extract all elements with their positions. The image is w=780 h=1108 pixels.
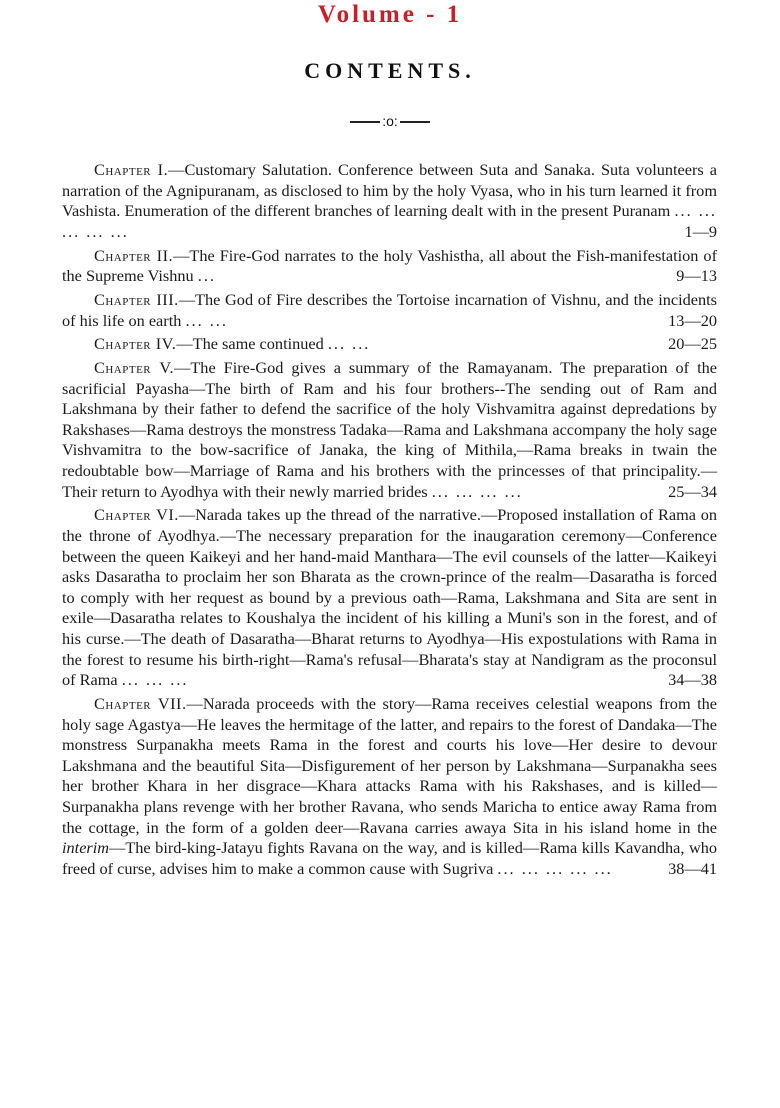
dot-leader: ... bbox=[198, 266, 216, 285]
dot-leader: ... ... ... ... bbox=[432, 482, 523, 501]
toc-entry-chapter-1: Chapter I.—Customary Salutation. Confere… bbox=[62, 160, 717, 242]
toc-entry-chapter-7: Chapter VII.—Narada proceeds with the st… bbox=[62, 694, 717, 879]
page-range: 9—13 bbox=[676, 266, 717, 287]
chapter-description: —Narada takes up the thread of the narra… bbox=[62, 505, 717, 689]
page-range: 38—41 bbox=[668, 859, 717, 880]
chapter-description: —The Fire-God gives a summary of the Ram… bbox=[62, 358, 717, 501]
chapter-label: Chapter II. bbox=[94, 246, 173, 265]
toc-entry-chapter-3: Chapter III.—The God of Fire describes t… bbox=[62, 290, 717, 331]
page-title: CONTENTS. bbox=[0, 58, 780, 84]
toc-entry-chapter-2: Chapter II.—The Fire-God narrates to the… bbox=[62, 246, 717, 287]
table-of-contents: Chapter I.—Customary Salutation. Confere… bbox=[62, 160, 717, 883]
italic-term: interim bbox=[62, 838, 109, 857]
chapter-label: Chapter V. bbox=[94, 358, 174, 377]
dot-leader: ... ... bbox=[185, 311, 228, 330]
toc-entry-chapter-5: Chapter V.—The Fire-God gives a summary … bbox=[62, 358, 717, 502]
chapter-label: Chapter VII. bbox=[94, 694, 187, 713]
toc-entry-chapter-4: Chapter IV.—The same continued ... ... 2… bbox=[62, 334, 717, 355]
page-range: 20—25 bbox=[668, 334, 717, 355]
ornament-bar-right bbox=[400, 121, 430, 123]
ornament-bar-left bbox=[350, 121, 380, 123]
chapter-label: Chapter IV. bbox=[94, 334, 176, 353]
ornament-divider: :o: bbox=[0, 113, 780, 129]
chapter-label: Chapter VI. bbox=[94, 505, 179, 524]
chapter-label: Chapter III. bbox=[94, 290, 179, 309]
chapter-description-continued: —The bird-king-Jatayu fights Ravana on t… bbox=[62, 838, 717, 878]
dot-leader: ... ... ... ... ... bbox=[497, 859, 612, 878]
chapter-description: —Narada proceeds with the story—Rama rec… bbox=[62, 694, 717, 837]
toc-entry-chapter-6: Chapter VI.—Narada takes up the thread o… bbox=[62, 505, 717, 690]
volume-title: Volume - 1 bbox=[0, 0, 780, 30]
chapter-label: Chapter I. bbox=[94, 160, 168, 179]
page-range: 25—34 bbox=[668, 482, 717, 503]
chapter-description: —The same continued bbox=[176, 334, 323, 353]
dot-leader: ... ... ... bbox=[122, 670, 189, 689]
page-range: 34—38 bbox=[668, 670, 717, 691]
page-range: 1—9 bbox=[684, 222, 717, 243]
page-range: 13—20 bbox=[668, 311, 717, 332]
ornament-center: :o: bbox=[382, 113, 398, 129]
dot-leader: ... ... bbox=[328, 334, 371, 353]
